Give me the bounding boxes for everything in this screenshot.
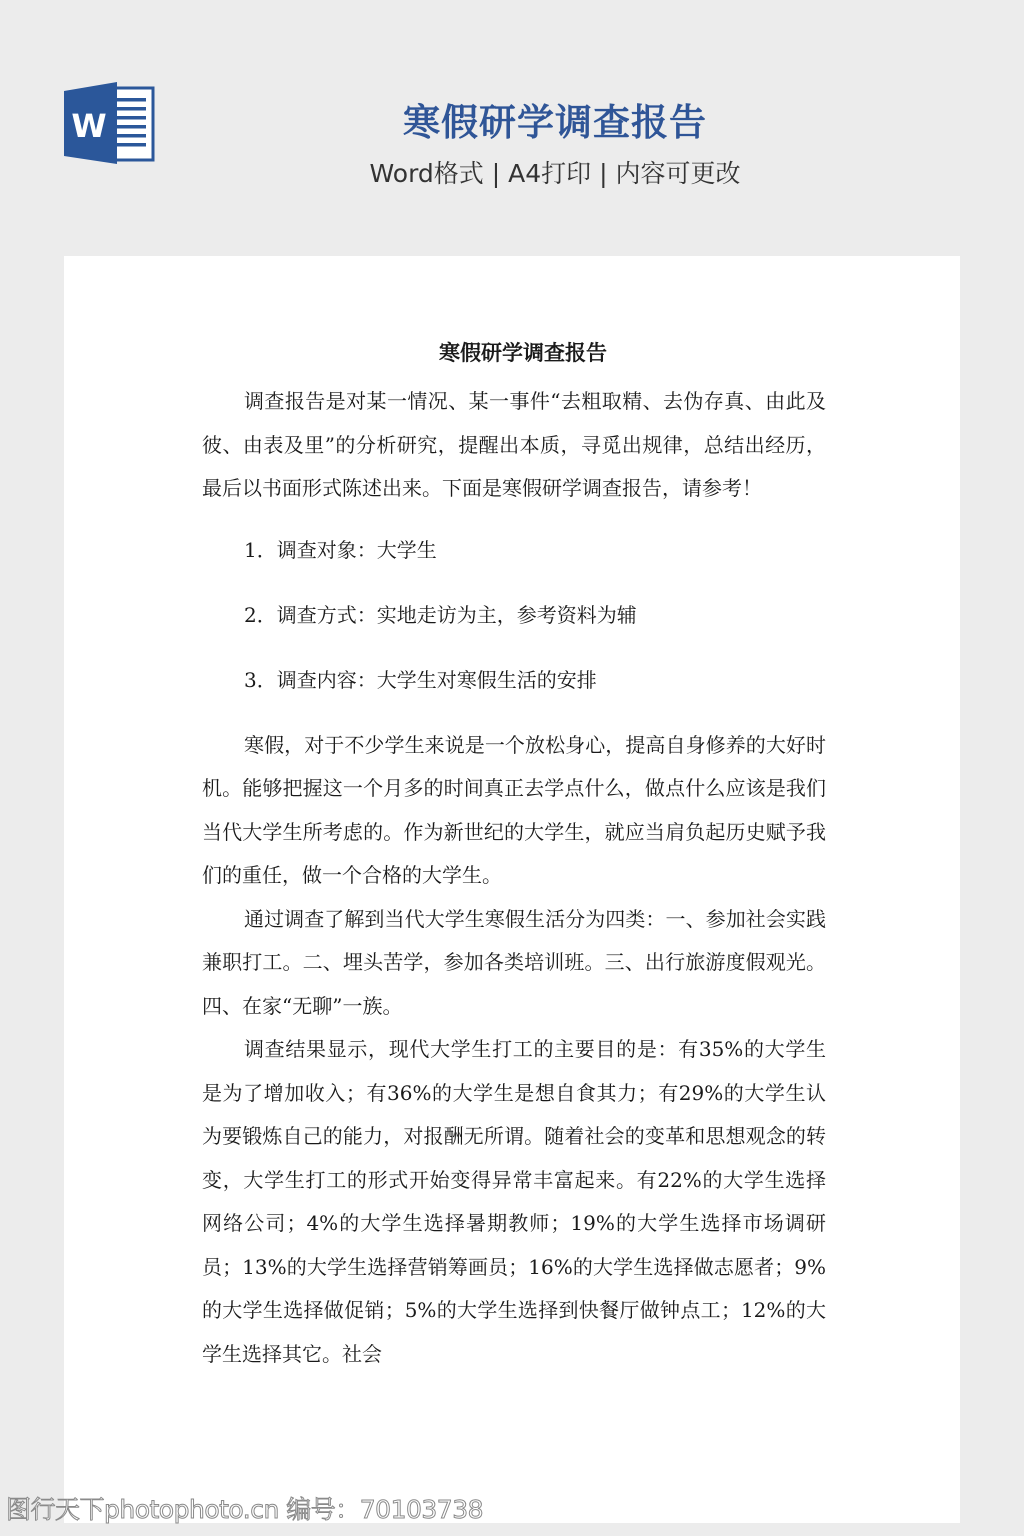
page-header: W 寒假研学调查报告 Word格式 | A4打印 | 内容可更改 bbox=[0, 0, 1024, 256]
document-body: 寒假研学调查报告 调查报告是对某一情况、某一事件“去粗取精、去伪存真、由此及彼、… bbox=[202, 336, 826, 1376]
list-item: 3．调查内容：大学生对寒假生活的安排 bbox=[202, 659, 826, 702]
body-paragraph: 通过调查了解到当代大学生寒假生活分为四类：一、参加社会实践兼职打工。二、埋头苦学… bbox=[202, 898, 826, 1029]
intro-paragraph: 调查报告是对某一情况、某一事件“去粗取精、去伪存真、由此及彼、由表及里”的分析研… bbox=[202, 380, 826, 511]
watermark: 图行天下photophoto.cn 编号：70103738 bbox=[6, 1490, 483, 1526]
body-paragraph: 寒假，对于不少学生来说是一个放松身心，提高自身修养的大好时机。能够把握这一个月多… bbox=[202, 724, 826, 898]
body-paragraph: 调查结果显示，现代大学生打工的主要目的是：有35%的大学生是为了增加收入；有36… bbox=[202, 1028, 826, 1376]
header-subtitle: Word格式 | A4打印 | 内容可更改 bbox=[250, 154, 860, 190]
list-item: 2．调查方式：实地走访为主，参考资料为辅 bbox=[202, 594, 826, 637]
word-document-icon: W bbox=[64, 82, 156, 164]
header-title: 寒假研学调查报告 bbox=[250, 92, 860, 146]
document-page: 寒假研学调查报告 调查报告是对某一情况、某一事件“去粗取精、去伪存真、由此及彼、… bbox=[64, 256, 960, 1523]
list-item: 1．调查对象：大学生 bbox=[202, 529, 826, 572]
document-title: 寒假研学调查报告 bbox=[220, 336, 826, 380]
svg-text:W: W bbox=[71, 107, 106, 145]
